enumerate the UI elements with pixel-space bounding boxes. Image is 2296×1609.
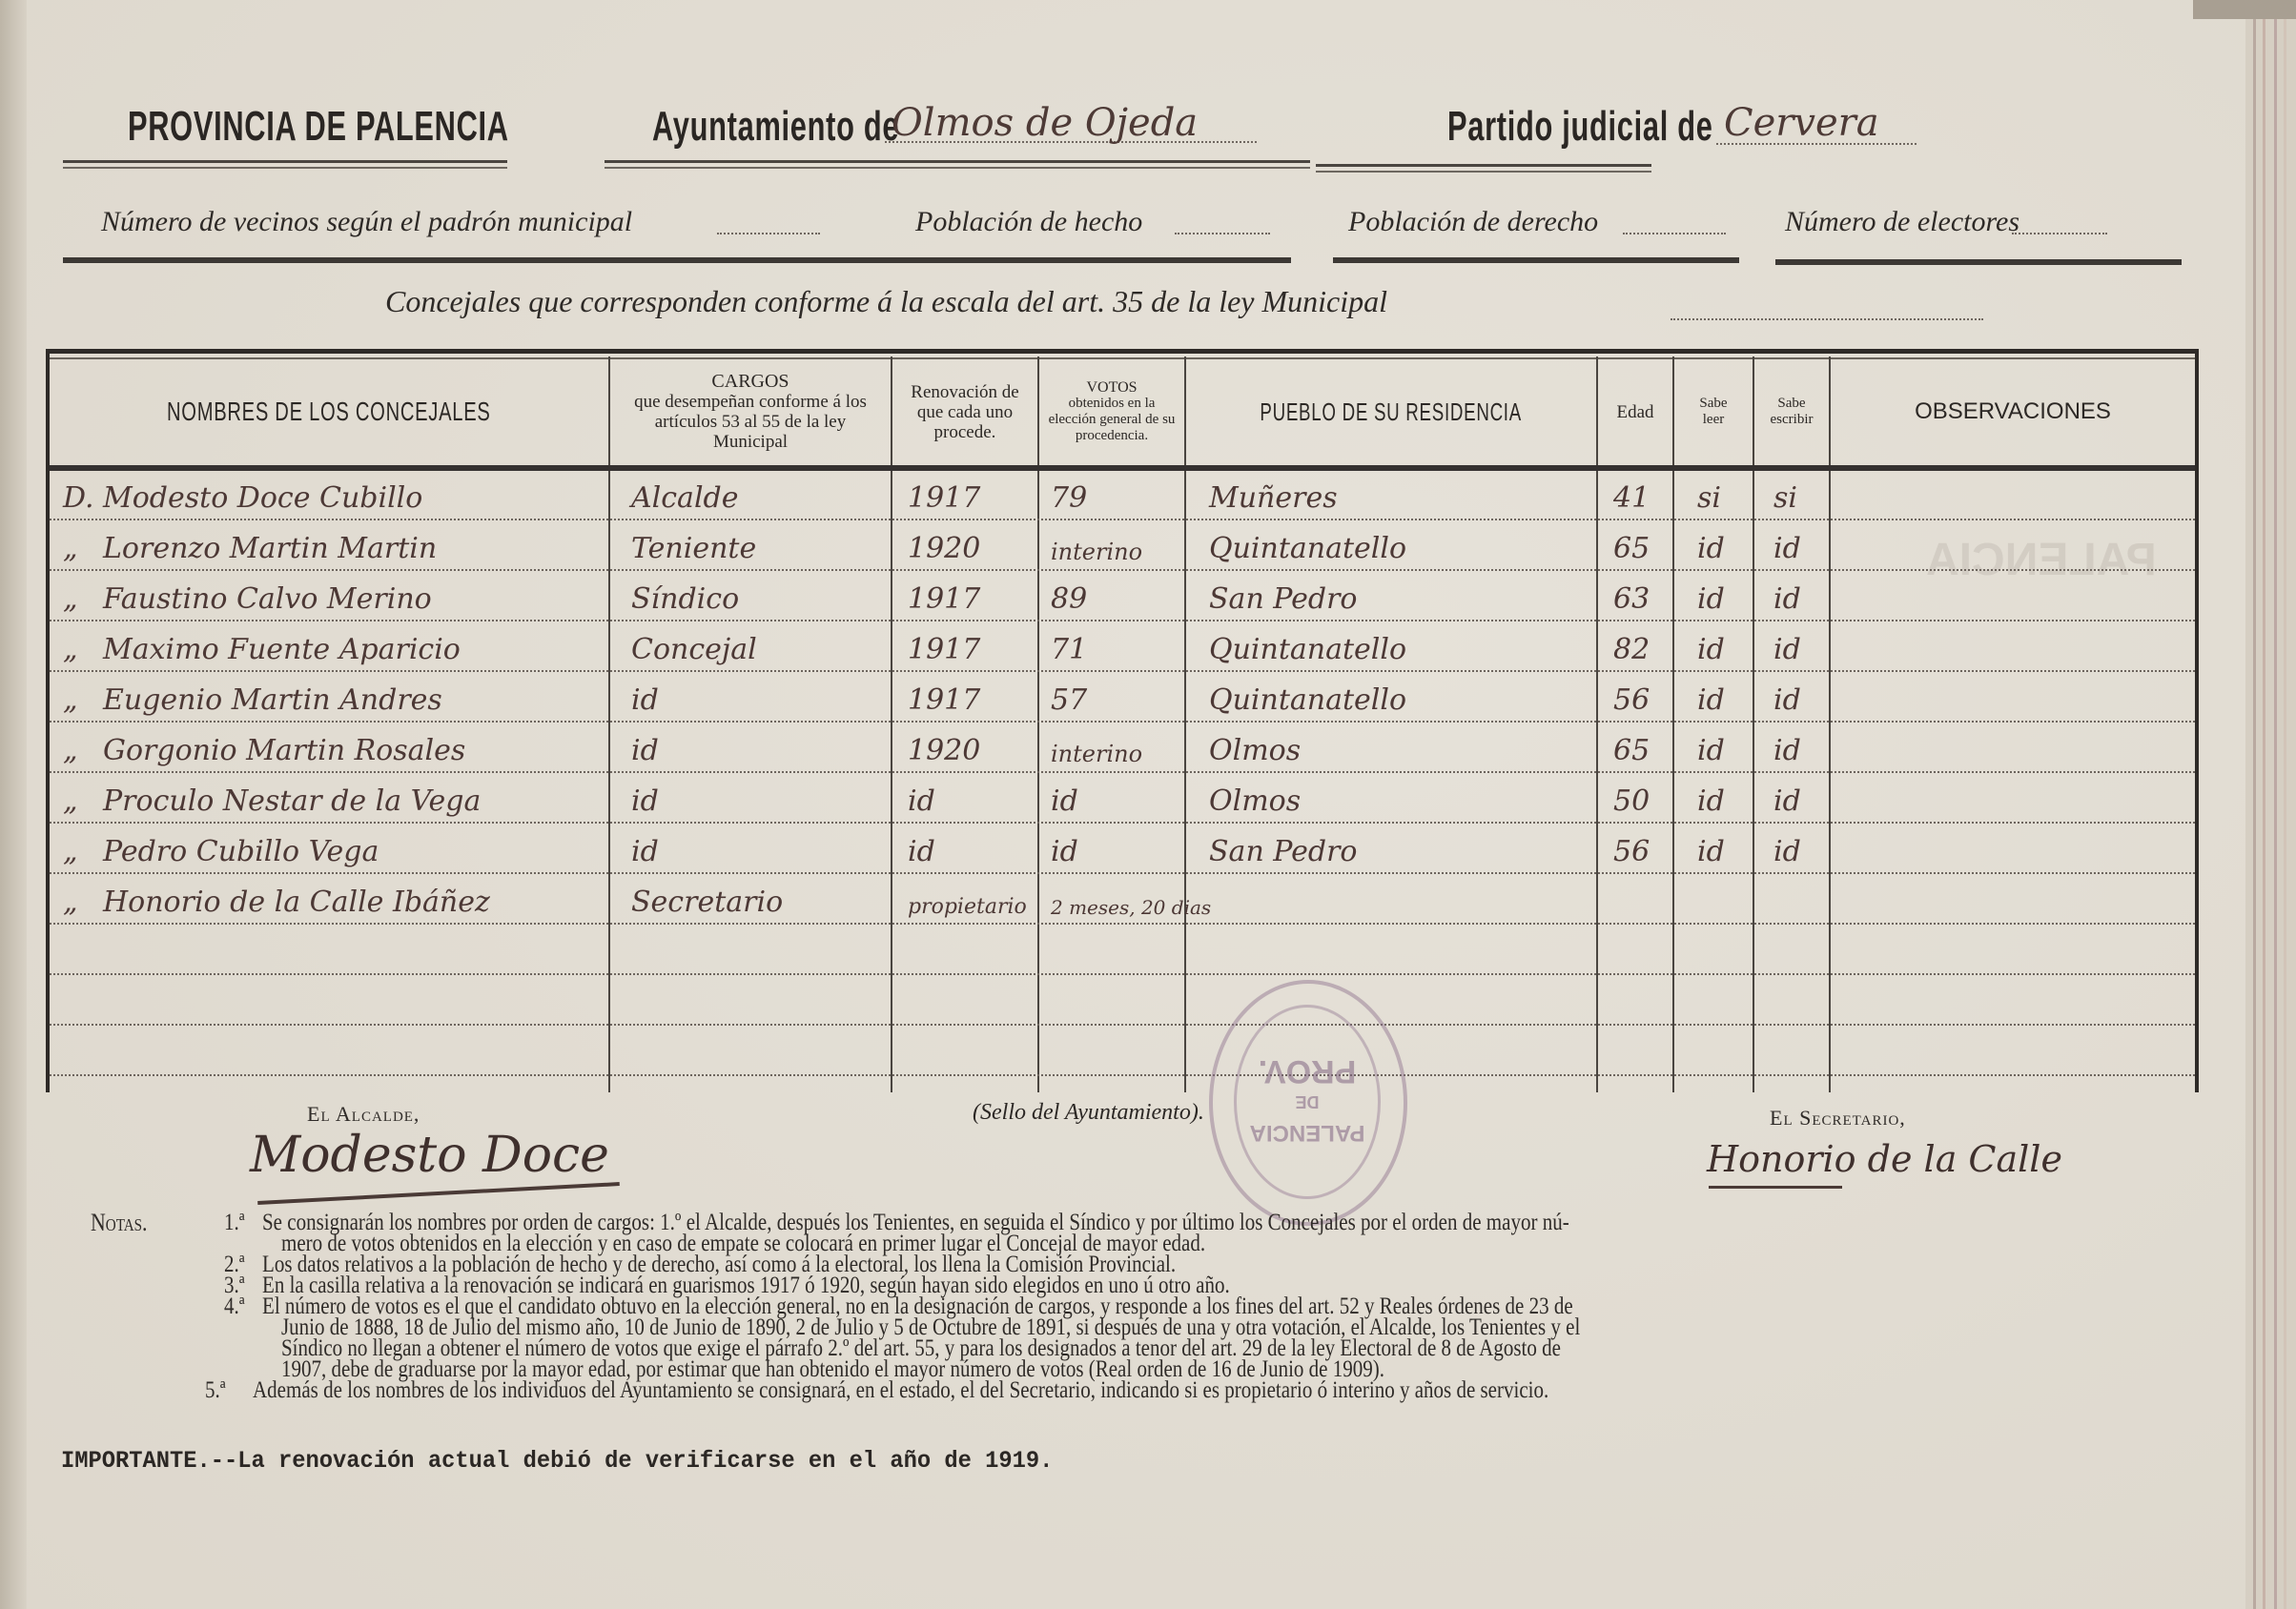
cell-votos: interino	[1051, 539, 1142, 565]
derecho-label: Población de derecho	[1348, 206, 1598, 238]
cell-sabe-leer: id	[1697, 633, 1725, 666]
cell-nombre: Modesto Doce Cubillo	[103, 481, 422, 515]
concejales-label: Concejales que corresponden conforme á l…	[385, 284, 1387, 319]
row-dotted-line	[50, 519, 2195, 520]
ayuntamiento-underline	[605, 160, 1310, 169]
sello-label: (Sello del Ayuntamiento).	[973, 1100, 1204, 1126]
row-dotted-line	[50, 670, 2195, 672]
table-row	[50, 1029, 2195, 1076]
cell-renovacion: 1920	[908, 734, 980, 767]
column-header-edad: Edad	[1598, 360, 1672, 463]
row-dotted-line	[50, 822, 2195, 824]
vecinos-field[interactable]	[717, 233, 820, 234]
cell-votos: id	[1051, 835, 1078, 868]
cell-renovacion: 1917	[908, 683, 980, 717]
table-row: „Honorio de la Calle IbáñezSecretariopro…	[50, 877, 2195, 925]
cell-votos: 2 meses, 20 dias	[1051, 896, 1194, 919]
cell-cargo: Teniente	[631, 532, 756, 565]
vecinos-label: Número de vecinos según el padrón munici…	[101, 206, 632, 238]
hecho-field[interactable]	[1175, 233, 1270, 234]
cell-cargo: Concejal	[631, 633, 757, 666]
book-top-edge	[2193, 0, 2296, 19]
note-number: 4.ª	[224, 1296, 245, 1317]
cell-nombre: Maximo Fuente Aparicio	[103, 633, 461, 666]
table-row: „Faustino Calvo MerinoSíndico191789San P…	[50, 574, 2195, 621]
column-header-sabe-leer: Sabe leer	[1674, 360, 1753, 463]
column-header-label: Sabe escribir	[1763, 396, 1820, 428]
concejales-field[interactable]	[1671, 318, 1983, 320]
table-row: D.Modesto Doce CubilloAlcalde191779Muñer…	[50, 473, 2195, 520]
cell-cargo: id	[631, 784, 659, 818]
cell-renovacion: 1917	[908, 481, 980, 515]
column-header-label: OBSERVACIONES	[1915, 398, 2111, 425]
cell-prefix: „	[63, 734, 78, 767]
row-dotted-line	[50, 872, 2195, 874]
cell-sabe-leer: id	[1697, 784, 1725, 818]
notes-title: Notas.	[91, 1212, 148, 1233]
cell-nombre: Proculo Nestar de la Vega	[103, 784, 481, 818]
table-row	[50, 978, 2195, 1026]
cell-edad: 50	[1613, 784, 1650, 818]
column-header-body: que desempeñan conforme á los artículos …	[617, 392, 884, 452]
column-header-label: PUEBLO DE SU RESIDENCIA	[1261, 397, 1523, 427]
cell-sabe-leer: id	[1697, 835, 1725, 868]
cell-pueblo: Quintanatello	[1209, 683, 1406, 717]
column-header-cargos: CARGOS que desempeñan conforme á los art…	[610, 360, 891, 463]
cell-prefix: „	[63, 886, 78, 919]
partido-value: Cervera	[1724, 101, 1879, 145]
province-title: PROVINCIA DE PALENCIA	[128, 103, 509, 151]
table-row: „Proculo Nestar de la VegaidididOlmos50i…	[50, 776, 2195, 824]
cell-renovacion: 1917	[908, 582, 980, 616]
header-bottom-rule	[50, 465, 2195, 471]
stacked-page-edges	[2245, 0, 2296, 1609]
partido-label: Partido judicial de	[1447, 103, 1713, 151]
secretario-label: El Secretario,	[1770, 1106, 1906, 1130]
cell-prefix: „	[63, 633, 78, 666]
cell-votos: interino	[1051, 741, 1142, 767]
derecho-field[interactable]	[1623, 233, 1726, 234]
seal-text: PALENCIA	[1250, 1117, 1365, 1148]
cell-nombre: Honorio de la Calle Ibáñez	[103, 886, 490, 919]
note-text: Además de los nombres de los individuos …	[253, 1380, 1548, 1401]
table-top-border	[46, 349, 2199, 354]
table-row: „Pedro Cubillo VegaidididSan Pedro56idid	[50, 826, 2195, 874]
cell-prefix: „	[63, 835, 78, 868]
cell-sabe-leer: id	[1697, 734, 1725, 767]
column-header-label: Renovación de que cada uno procede.	[898, 382, 1032, 442]
seal-inner-ring: PALENCIA DE PROV.	[1234, 1005, 1381, 1199]
cell-sabe-leer: id	[1697, 683, 1725, 717]
column-header-label: Sabe leer	[1690, 396, 1737, 428]
row-dotted-line	[50, 721, 2195, 723]
concejales-table: NOMBRES DE LOS CONCEJALES CARGOS que des…	[46, 349, 2199, 1092]
derecho-underline	[1333, 257, 1739, 263]
partido-underline	[1316, 164, 1651, 173]
cell-renovacion: 1917	[908, 633, 980, 666]
cell-edad: 41	[1613, 481, 1650, 515]
note-number: 5.ª	[205, 1380, 226, 1401]
cell-cargo: id	[631, 835, 659, 868]
cell-nombre: Gorgonio Martin Rosales	[103, 734, 465, 767]
cell-pueblo: Quintanatello	[1209, 532, 1406, 565]
row-dotted-line	[50, 620, 2195, 621]
cell-renovacion: id	[908, 835, 935, 868]
cell-sabe-escribir: id	[1773, 784, 1801, 818]
electores-underline	[1775, 259, 2182, 265]
cell-nombre: Lorenzo Martin Martin	[103, 532, 437, 565]
cell-sabe-escribir: id	[1773, 835, 1801, 868]
table-top-inner-border	[46, 357, 2199, 359]
seal-text: DE	[1296, 1087, 1320, 1117]
important-notice: IMPORTANTE.--La renovación actual debió …	[61, 1447, 1053, 1475]
row-dotted-line	[50, 771, 2195, 773]
cell-edad: 63	[1613, 582, 1650, 616]
ayuntamiento-value: Olmos de Ojeda	[892, 101, 1198, 145]
municipal-seal-stamp: PALENCIA DE PROV.	[1209, 980, 1407, 1226]
seal-text: PROV.	[1259, 1056, 1357, 1087]
table-row: „Eugenio Martin Andresid191757Quintanate…	[50, 675, 2195, 723]
page-binding-shadow	[0, 0, 27, 1609]
row-dotted-line	[50, 569, 2195, 571]
column-header-nombres: NOMBRES DE LOS CONCEJALES	[50, 360, 608, 463]
cell-nombre: Eugenio Martin Andres	[103, 683, 442, 717]
cell-pueblo: Olmos	[1209, 784, 1301, 818]
cell-votos: 71	[1051, 633, 1087, 666]
alcalde-signature: Modesto Doce	[250, 1127, 609, 1184]
row-dotted-line	[50, 1074, 2195, 1076]
column-header-title: VOTOS	[1086, 379, 1137, 396]
cell-prefix: „	[63, 683, 78, 717]
table-right-border	[2195, 349, 2199, 1092]
cell-edad: 82	[1613, 633, 1650, 666]
cell-prefix: „	[63, 582, 78, 616]
cell-renovacion: propietario	[908, 895, 1027, 919]
alcalde-label: El Alcalde,	[307, 1102, 420, 1127]
cell-sabe-escribir: id	[1773, 582, 1801, 616]
cell-nombre: Pedro Cubillo Vega	[103, 835, 379, 868]
cell-cargo: Síndico	[631, 582, 739, 616]
column-header-observaciones: OBSERVACIONES	[1831, 360, 2195, 463]
cell-cargo: id	[631, 734, 659, 767]
cell-votos: id	[1051, 784, 1078, 818]
column-header-sabe-escribir: Sabe escribir	[1754, 360, 1829, 463]
column-header-label: Edad	[1616, 402, 1653, 422]
cell-prefix: „	[63, 784, 78, 818]
electores-label: Número de electores	[1785, 206, 2019, 238]
hecho-label: Población de hecho	[915, 206, 1142, 238]
cell-edad: 56	[1613, 835, 1650, 868]
column-header-renovacion: Renovación de que cada uno procede.	[892, 360, 1037, 463]
row-dotted-line	[50, 1024, 2195, 1026]
cell-votos: 79	[1051, 481, 1087, 515]
cell-pueblo: Olmos	[1209, 734, 1301, 767]
cell-edad: 56	[1613, 683, 1650, 717]
province-underline	[63, 160, 507, 169]
table-row: „Maximo Fuente AparicioConcejal191771Qui…	[50, 624, 2195, 672]
secretario-signature-flourish	[1709, 1186, 1842, 1189]
vecinos-underline	[63, 257, 891, 263]
cell-edad: 65	[1613, 734, 1650, 767]
cell-sabe-escribir: id	[1773, 633, 1801, 666]
row-dotted-line	[50, 973, 2195, 975]
cell-pueblo: San Pedro	[1209, 835, 1358, 868]
cell-cargo: id	[631, 683, 659, 717]
table-row: „Gorgonio Martin Rosalesid1920interinoOl…	[50, 725, 2195, 773]
cell-edad: 65	[1613, 532, 1650, 565]
column-header-label: NOMBRES DE LOS CONCEJALES	[167, 397, 491, 427]
cell-sabe-leer: id	[1697, 532, 1725, 565]
cell-prefix: „	[63, 532, 78, 565]
column-header-title: CARGOS	[711, 372, 789, 392]
cell-votos: 89	[1051, 582, 1087, 616]
cell-cargo: Alcalde	[631, 481, 739, 515]
hecho-underline	[891, 257, 1291, 263]
table-row	[50, 927, 2195, 975]
cell-sabe-escribir: id	[1773, 734, 1801, 767]
cell-sabe-escribir: id	[1773, 532, 1801, 565]
column-header-votos: VOTOS obtenidos en la elección general d…	[1039, 360, 1184, 463]
cell-votos: 57	[1051, 683, 1087, 717]
cell-pueblo: Muñeres	[1209, 481, 1338, 515]
cell-cargo: Secretario	[631, 886, 783, 919]
cell-pueblo: San Pedro	[1209, 582, 1358, 616]
note-number: 1.ª	[224, 1212, 245, 1233]
cell-renovacion: id	[908, 784, 935, 818]
cell-nombre: Faustino Calvo Merino	[103, 582, 432, 616]
row-dotted-line	[50, 923, 2195, 925]
cell-renovacion: 1920	[908, 532, 980, 565]
cell-sabe-escribir: si	[1773, 481, 1797, 515]
cell-pueblo: Quintanatello	[1209, 633, 1406, 666]
cell-prefix: D.	[63, 481, 94, 515]
electores-field[interactable]	[2012, 233, 2107, 234]
ayuntamiento-label: Ayuntamiento de	[652, 103, 899, 151]
table-row: „Lorenzo Martin MartinTeniente1920interi…	[50, 523, 2195, 571]
secretario-signature: Honorio de la Calle	[1707, 1138, 2062, 1180]
cell-sabe-leer: si	[1697, 481, 1721, 515]
cell-sabe-escribir: id	[1773, 683, 1801, 717]
column-header-pueblo: PUEBLO DE SU RESIDENCIA	[1186, 360, 1596, 463]
cell-sabe-leer: id	[1697, 582, 1725, 616]
column-header-body: obtenidos en la elección general de su p…	[1045, 396, 1179, 444]
